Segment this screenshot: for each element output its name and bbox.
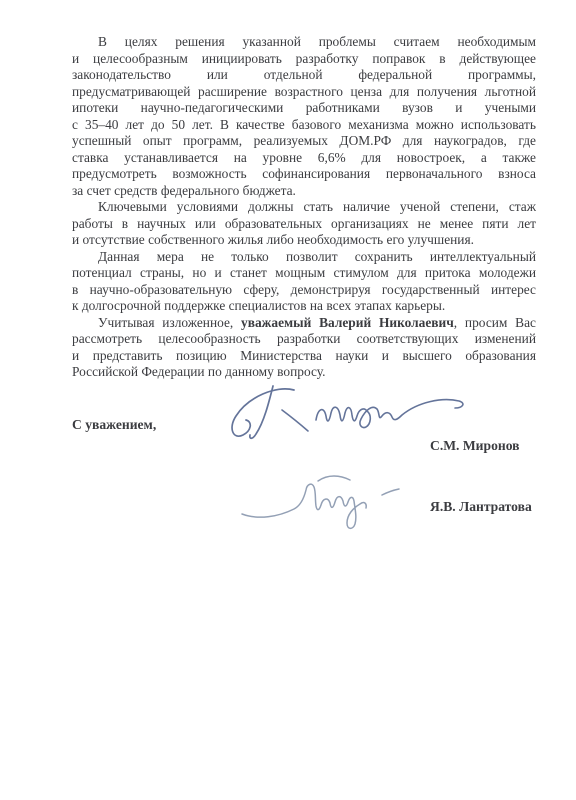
text-segment: с 35–40 лет до 50 лет. В качестве базово… [72, 117, 536, 132]
text-line: и отсутствие собственного жилья либо нео… [72, 232, 536, 249]
text-segment: , просим Вас [454, 315, 536, 330]
text-line: к долгосрочной поддержке специалистов на… [72, 298, 536, 315]
paragraph: В целях решения указанной проблемы счита… [72, 34, 536, 199]
text-segment: и представить позицию Министерства науки… [72, 348, 536, 363]
text-segment: успешный опыт программ, реализуемых ДОМ.… [72, 133, 536, 148]
text-line: в научно-образовательную сферу, демонстр… [72, 282, 536, 299]
lantratova-signature [236, 472, 412, 536]
text-line: законодательство или отдельной федеральн… [72, 67, 536, 84]
text-segment: ипотеки научно-педагогическими работника… [72, 100, 536, 115]
text-segment: за счет средств федерального бюджета. [72, 183, 296, 198]
paragraph: Данная мера не только позволит сохранить… [72, 249, 536, 315]
text-line: успешный опыт программ, реализуемых ДОМ.… [72, 133, 536, 150]
text-line: предусматривающей расширение возрастного… [72, 84, 536, 101]
text-line: потенциал страны, но и станет мощным сти… [72, 265, 536, 282]
text-line: предусмотреть возможность софинансирован… [72, 166, 536, 183]
text-segment: Российской Федерации по данному вопросу. [72, 364, 325, 379]
text-line: Данная мера не только позволит сохранить… [72, 249, 536, 266]
text-line: Ключевыми условиями должны стать наличие… [72, 199, 536, 216]
text-line: с 35–40 лет до 50 лет. В качестве базово… [72, 117, 536, 134]
text-line: рассмотреть целесообразность разработки … [72, 331, 536, 348]
letter-body: В целях решения указанной проблемы счита… [72, 34, 536, 381]
text-line: работы в научных или образовательных орг… [72, 216, 536, 233]
bold-text-segment: уважаемый Валерий Николаевич [241, 315, 454, 330]
text-segment: и отсутствие собственного жилья либо нео… [72, 232, 474, 247]
text-segment: и целесообразным инициировать разработку… [72, 51, 536, 66]
text-line: за счет средств федерального бюджета. [72, 183, 536, 200]
text-segment: работы в научных или образовательных орг… [72, 216, 536, 231]
text-segment: в научно-образовательную сферу, демонстр… [72, 282, 536, 297]
letter-page: В целях решения указанной проблемы счита… [0, 0, 576, 800]
text-segment: законодательство или отдельной федеральн… [72, 67, 536, 82]
closing-salutation: С уважением, [72, 417, 156, 433]
text-segment: Учитывая изложенное, [98, 315, 241, 330]
text-line: ипотеки научно-педагогическими работника… [72, 100, 536, 117]
signatory-name-lantratova: Я.В. Лантратова [430, 499, 532, 515]
text-segment: В целях решения указанной проблемы счита… [98, 34, 536, 49]
paragraph: Ключевыми условиями должны стать наличие… [72, 199, 536, 249]
text-segment: предусмотреть возможность софинансирован… [72, 166, 536, 181]
text-segment: рассмотреть целесообразность разработки … [72, 331, 536, 346]
text-line: В целях решения указанной проблемы счита… [72, 34, 536, 51]
text-segment: Ключевыми условиями должны стать наличие… [98, 199, 536, 214]
text-segment: предусматривающей расширение возрастного… [72, 84, 536, 99]
text-line: ставка устанавливается на уровне 6,6% дл… [72, 150, 536, 167]
signatory-name-mironov: С.М. Миронов [430, 438, 520, 454]
text-line: Учитывая изложенное, уважаемый Валерий Н… [72, 315, 536, 332]
paragraph: Учитывая изложенное, уважаемый Валерий Н… [72, 315, 536, 381]
text-line: Российской Федерации по данному вопросу. [72, 364, 536, 381]
text-segment: к долгосрочной поддержке специалистов на… [72, 298, 445, 313]
text-line: и представить позицию Министерства науки… [72, 348, 536, 365]
text-segment: Данная мера не только позволит сохранить… [98, 249, 536, 264]
text-segment: ставка устанавливается на уровне 6,6% дл… [72, 150, 536, 165]
text-segment: потенциал страны, но и станет мощным сти… [72, 265, 536, 280]
text-line: и целесообразным инициировать разработку… [72, 51, 536, 68]
